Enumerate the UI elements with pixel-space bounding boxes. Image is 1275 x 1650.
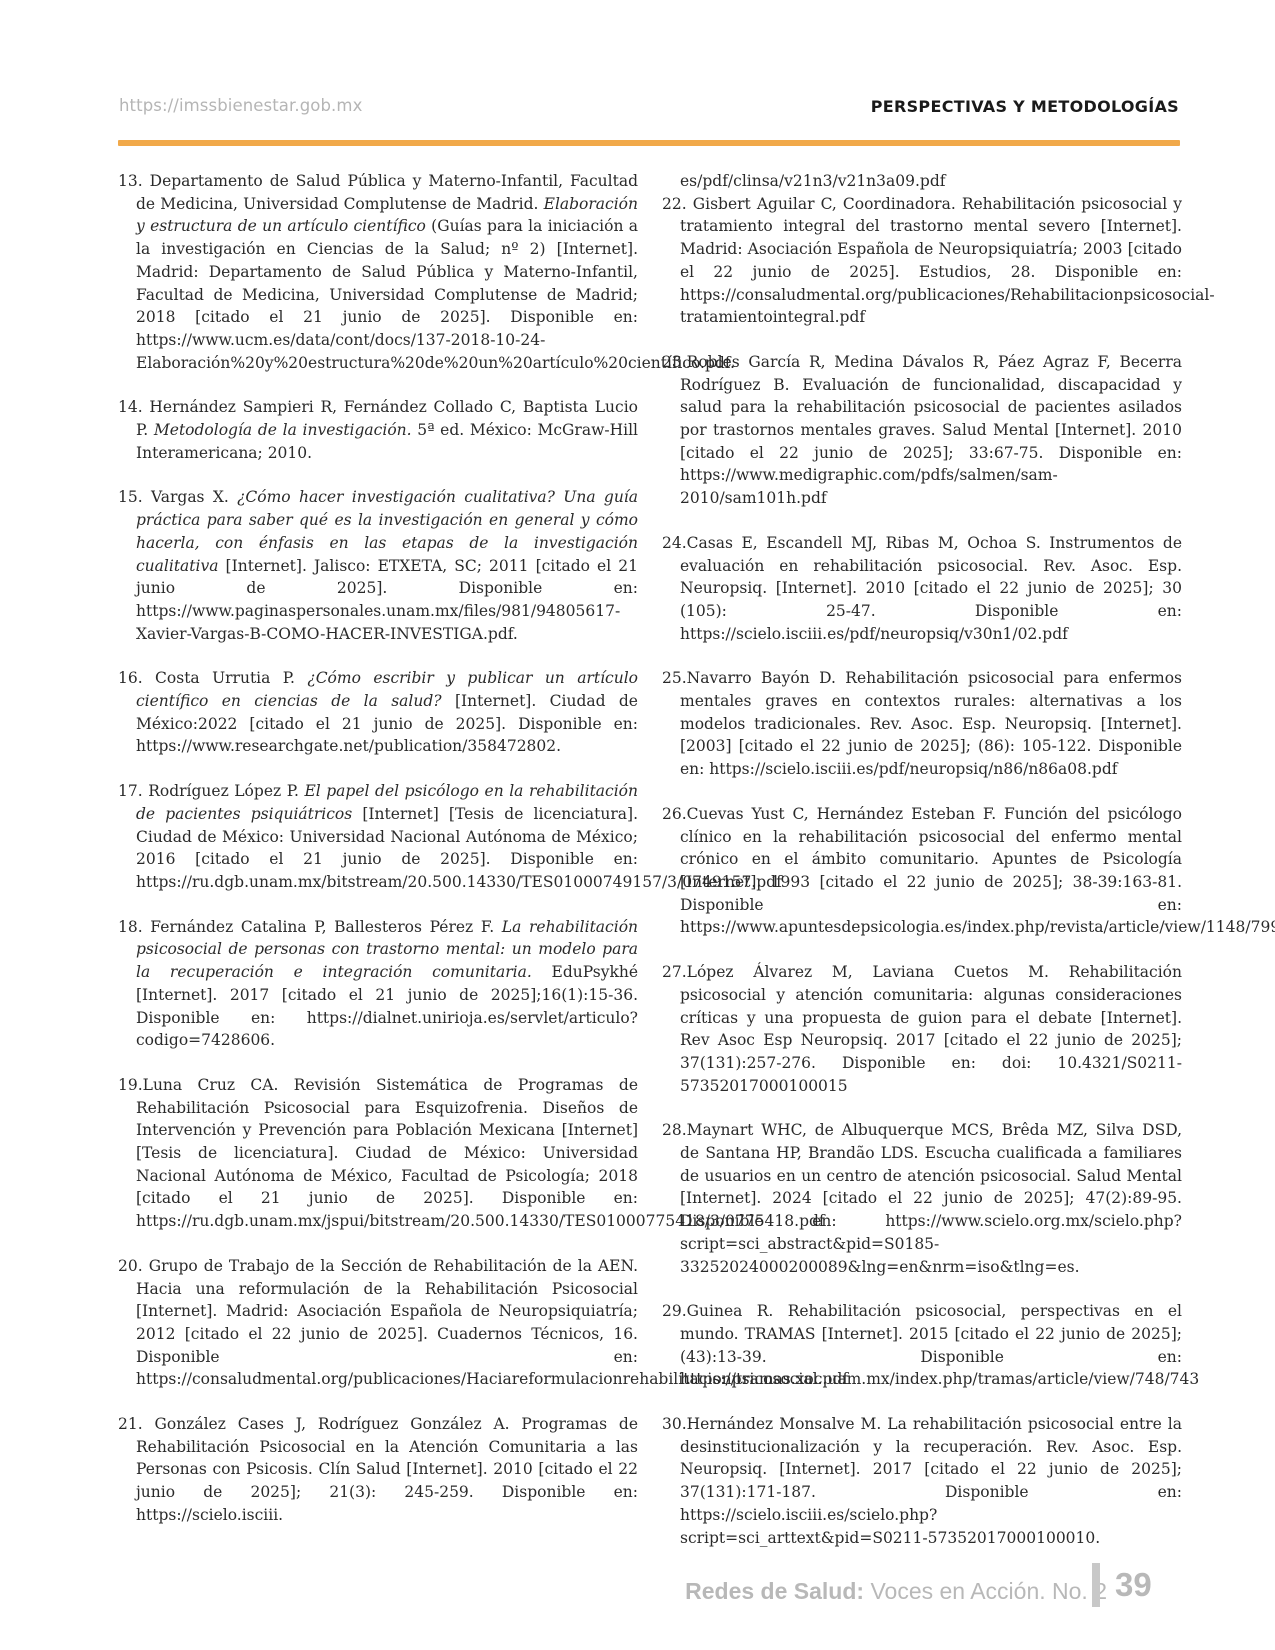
reference-28: 28.Maynart WHC, de Albuquerque MCS, Brêd… <box>662 1119 1182 1278</box>
references-left-column: 13. Departamento de Salud Pública y Mate… <box>118 170 638 1527</box>
reference-13: 13. Departamento de Salud Pública y Mate… <box>118 170 638 374</box>
footer-journal-title: Redes de Salud: Voces en Acción. No. 2 <box>685 1578 1107 1605</box>
page-number: 39 <box>1115 1566 1152 1604</box>
header-divider <box>118 140 1180 146</box>
reference-20: 20. Grupo de Trabajo de la Sección de Re… <box>118 1255 638 1391</box>
reference-27: 27.López Álvarez M, Laviana Cuetos M. Re… <box>662 961 1182 1097</box>
reference-24: 24.Casas E, Escandell MJ, Ribas M, Ochoa… <box>662 532 1182 646</box>
reference-21: 21. González Cases J, Rodríguez González… <box>118 1413 638 1527</box>
reference-22: 22. Gisbert Aguilar C, Coordinadora. Reh… <box>662 193 1182 329</box>
reference-17: 17. Rodríguez López P. El papel del psic… <box>118 780 638 894</box>
reference-29: 29.Guinea R. Rehabilitación psicosocial,… <box>662 1300 1182 1391</box>
reference-26: 26.Cuevas Yust C, Hernández Esteban F. F… <box>662 803 1182 939</box>
reference-30: 30.Hernández Monsalve M. La rehabilitaci… <box>662 1413 1182 1549</box>
reference-18: 18. Fernández Catalina P, Ballesteros Pé… <box>118 916 638 1052</box>
reference-21-continuation: es/pdf/clinsa/v21n3/v21n3a09.pdf <box>662 170 1182 193</box>
header-url: https://imssbienestar.gob.mx <box>119 96 362 115</box>
section-title: PERSPECTIVAS Y METODOLOGÍAS <box>871 97 1179 116</box>
footer-divider <box>1092 1563 1100 1607</box>
reference-25: 25.Navarro Bayón D. Rehabilitación psico… <box>662 667 1182 781</box>
reference-14: 14. Hernández Sampieri R, Fernández Coll… <box>118 396 638 464</box>
reference-19: 19.Luna Cruz CA. Revisión Sistemática de… <box>118 1074 638 1233</box>
document-page: https://imssbienestar.gob.mx PERSPECTIVA… <box>0 0 1275 1650</box>
reference-23: 23.Robles García R, Medina Dávalos R, Pá… <box>662 351 1182 510</box>
references-right-column: es/pdf/clinsa/v21n3/v21n3a09.pdf 22. Gis… <box>662 170 1182 1549</box>
reference-15: 15. Vargas X. ¿Cómo hacer investigación … <box>118 486 638 645</box>
reference-16: 16. Costa Urrutia P. ¿Cómo escribir y pu… <box>118 667 638 758</box>
